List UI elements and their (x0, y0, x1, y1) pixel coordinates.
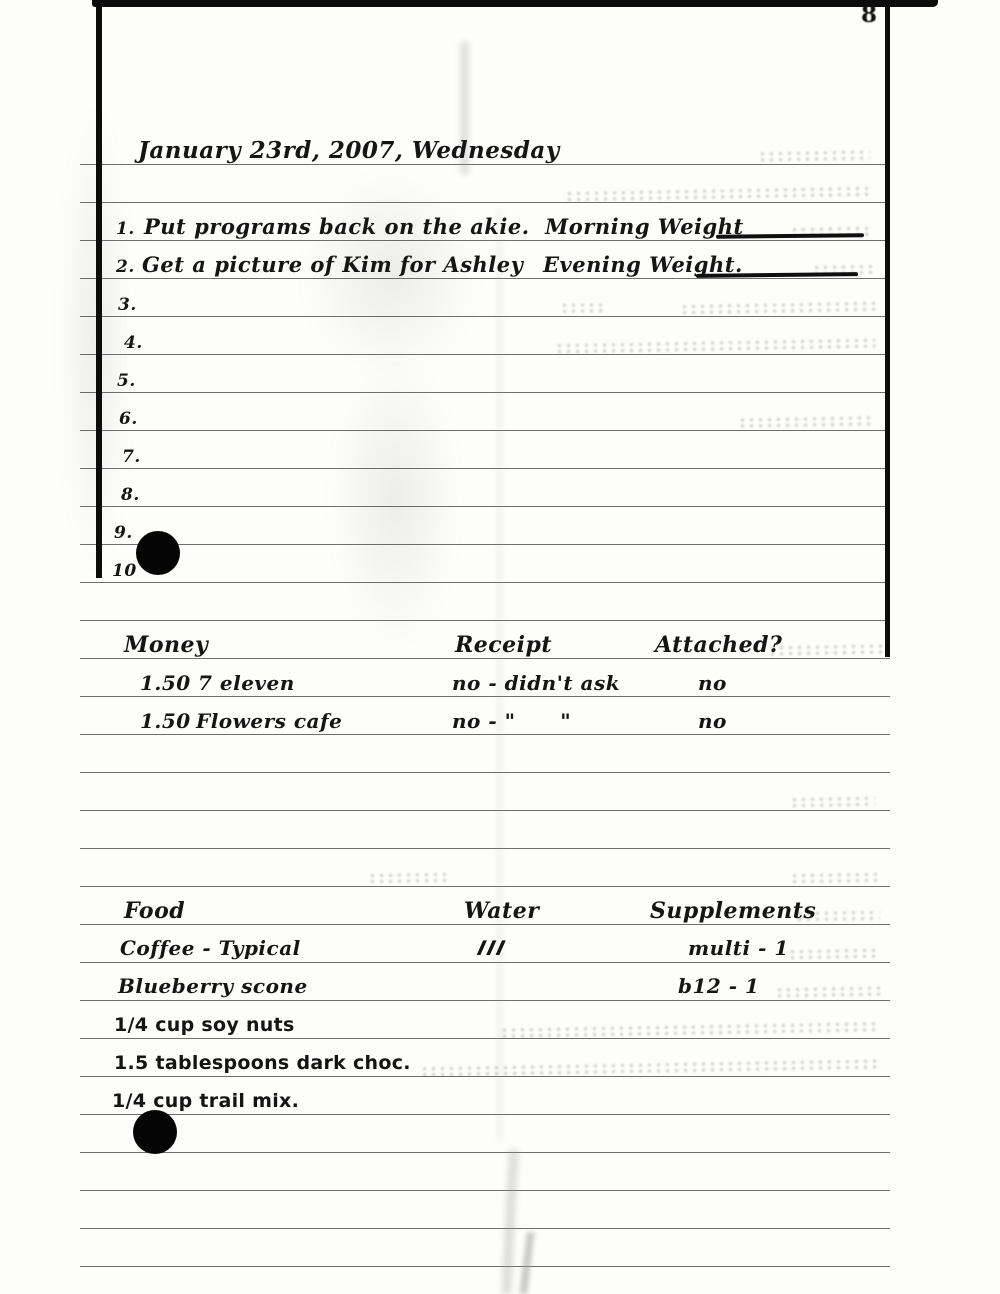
morning-weight-label: Morning Weight (545, 214, 744, 239)
money-place: 7 eleven (198, 671, 295, 695)
food-item: 1/4 cup trail mix. (112, 1090, 299, 1112)
todo-item-number: 10 (112, 561, 137, 581)
paper-edge-left (96, 0, 102, 578)
money-place: Flowers cafe (196, 709, 342, 733)
bleedthrough-smudge (768, 643, 883, 657)
todo-item-number: 7. (122, 447, 141, 467)
food-header: Food (124, 898, 185, 924)
page-number: 8 (861, 1, 877, 28)
food-item: 1.5 tablespoons dark choc. (114, 1052, 411, 1074)
date-line: January 23rd, 2007, Wednesday (138, 137, 560, 164)
todo-item-text: Get a picture of Kim for Ashley (142, 252, 523, 277)
bleedthrough-smudge (788, 947, 880, 961)
bleedthrough-smudge (368, 871, 448, 884)
food-item: 1/4 cup soy nuts (114, 1014, 295, 1036)
bleedthrough-smudge (790, 795, 875, 808)
bleedthrough-smudge (560, 302, 605, 315)
money-receipt: no - didn't ask (452, 671, 620, 695)
food-item: Coffee - Typical (120, 936, 301, 960)
hole-punch (133, 1110, 177, 1154)
todo-item-number: 2. (116, 257, 135, 277)
todo-item-number: 8. (121, 485, 140, 505)
bleedthrough-smudge (775, 985, 880, 999)
todo-item-number: 9. (114, 523, 133, 543)
money-attached: no (698, 709, 727, 733)
paper-edge-top (92, 0, 938, 7)
money-amount: 1.50 (140, 671, 191, 695)
bleedthrough-smudge (758, 149, 870, 163)
food-item: Blueberry scone (118, 974, 308, 998)
hole-punch (136, 531, 180, 575)
supplement-entry: multi - 1 (688, 936, 789, 960)
water-header: Water (464, 898, 539, 924)
scanned-notebook-page: 8 January 23rd, 2007, Wednesday 1. Put p… (0, 0, 1000, 1294)
todo-item-number: 3. (118, 295, 137, 315)
paper-edge-right (885, 0, 890, 657)
money-attached: no (698, 671, 727, 695)
bleedthrough-smudge (790, 871, 880, 885)
money-receipt: no - " " (452, 709, 571, 733)
attached-header: Attached? (655, 632, 782, 658)
todo-item-number: 4. (124, 333, 143, 353)
supplement-entry: b12 - 1 (678, 974, 759, 998)
receipt-header: Receipt (455, 632, 552, 658)
todo-item-text: Put programs back on the akie. (144, 214, 530, 239)
todo-item-number: 1. (116, 219, 135, 239)
todo-item-number: 6. (119, 409, 138, 429)
money-header: Money (124, 632, 208, 658)
money-amount: 1.50 (140, 709, 191, 733)
bleedthrough-smudge (738, 415, 873, 429)
todo-item-number: 5. (117, 371, 136, 391)
supplements-header: Supplements (650, 898, 816, 924)
water-tally: III (475, 936, 509, 960)
